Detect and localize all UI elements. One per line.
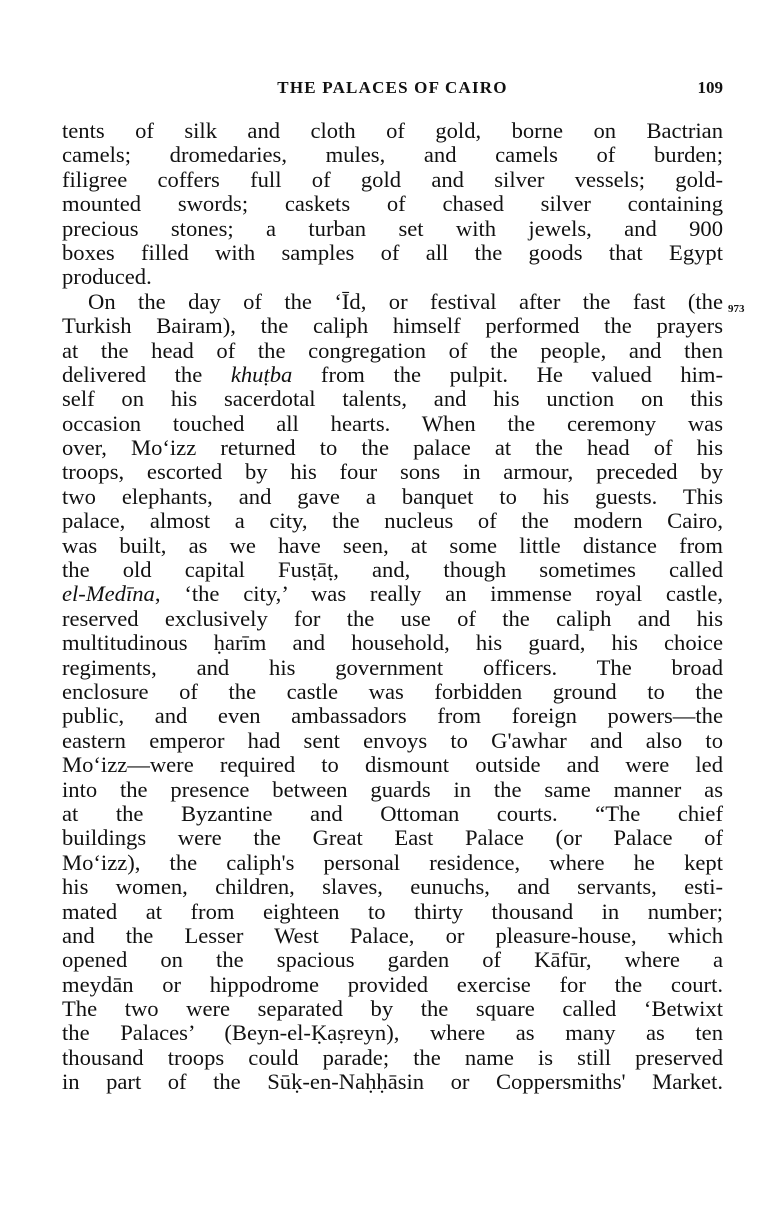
running-title: THE PALACES OF CAIRO bbox=[62, 78, 723, 98]
text-line: public, and even ambassadors from foreig… bbox=[62, 704, 723, 728]
body-text: tents of silk and cloth of gold, borne o… bbox=[62, 119, 723, 1095]
text-line: tents of silk and cloth of gold, borne o… bbox=[62, 119, 723, 143]
text-line: The two were separated by the square cal… bbox=[62, 997, 723, 1021]
italic-term-el-medina: el-Medīna bbox=[62, 581, 155, 606]
text-line: occasion touched all hearts. When the ce… bbox=[62, 412, 723, 436]
text-line: into the presence between guards in the … bbox=[62, 778, 723, 802]
page-number: 109 bbox=[698, 78, 724, 98]
text-line: regiments, and his government officers. … bbox=[62, 656, 723, 680]
text-line: the Palaces’ (Beyn-el-Ḳaṣreyn), where as… bbox=[62, 1021, 723, 1045]
text-line: filigree coffers full of gold and silver… bbox=[62, 168, 723, 192]
text-line: Turkish Bairam), the caliph himself perf… bbox=[62, 314, 723, 338]
text-line: the old capital Fusṭāṭ, and, though some… bbox=[62, 558, 723, 582]
text-line: palace, almost a city, the nucleus of th… bbox=[62, 509, 723, 533]
text-line: at the Byzantine and Ottoman courts. “Th… bbox=[62, 802, 723, 826]
text-line: multitudinous ḥarīm and household, his g… bbox=[62, 631, 723, 655]
paragraph-start-line: On the day of the ‘Īd, or festival after… bbox=[62, 290, 723, 314]
text-line: was built, as we have seen, at some litt… bbox=[62, 534, 723, 558]
book-page: THE PALACES OF CAIRO 109 973 tents of si… bbox=[0, 0, 780, 1226]
text-line: precious stones; a turban set with jewel… bbox=[62, 217, 723, 241]
text-line: enclosure of the castle was forbidden gr… bbox=[62, 680, 723, 704]
text-line-with-italic: delivered the khuṭba from the pulpit. He… bbox=[62, 363, 723, 387]
text-line: meydān or hippodrome provided exercise f… bbox=[62, 973, 723, 997]
text-line: his women, children, slaves, eunuchs, an… bbox=[62, 875, 723, 899]
text-segment: from the pulpit. He valued him- bbox=[292, 362, 723, 387]
text-line: self on his sacerdotal talents, and his … bbox=[62, 387, 723, 411]
text-line: troops, escorted by his four sons in arm… bbox=[62, 460, 723, 484]
text-line: in part of the Sūḳ-en-Naḥḥāsin or Copper… bbox=[62, 1070, 723, 1094]
text-line: two elephants, and gave a banquet to his… bbox=[62, 485, 723, 509]
text-segment: delivered the bbox=[62, 362, 231, 387]
text-line: reserved exclusively for the use of the … bbox=[62, 607, 723, 631]
text-segment: , ‘the city,’ was really an immense roya… bbox=[155, 581, 723, 606]
text-line-with-italic: el-Medīna, ‘the city,’ was really an imm… bbox=[62, 582, 723, 606]
text-line: opened on the spacious garden of Kāfūr, … bbox=[62, 948, 723, 972]
italic-term-khutba: khuṭba bbox=[231, 362, 293, 387]
running-head: THE PALACES OF CAIRO 109 bbox=[62, 76, 723, 102]
text-line: boxes filled with samples of all the goo… bbox=[62, 241, 723, 265]
text-line: Mo‘izz—were required to dismount outside… bbox=[62, 753, 723, 777]
text-line: thousand troops could parade; the name i… bbox=[62, 1046, 723, 1070]
text-line: buildings were the Great East Palace (or… bbox=[62, 826, 723, 850]
text-line: at the head of the congregation of the p… bbox=[62, 339, 723, 363]
text-line: over, Mo‘izz returned to the palace at t… bbox=[62, 436, 723, 460]
text-line: eastern emperor had sent envoys to G'awh… bbox=[62, 729, 723, 753]
text-line: mounted swords; caskets of chased silver… bbox=[62, 192, 723, 216]
text-line: camels; dromedaries, mules, and camels o… bbox=[62, 143, 723, 167]
text-line: and the Lesser West Palace, or pleasure-… bbox=[62, 924, 723, 948]
text-line: mated at from eighteen to thirty thousan… bbox=[62, 900, 723, 924]
text-line: Mo‘izz), the caliph's personal residence… bbox=[62, 851, 723, 875]
paragraph-end-line: produced. bbox=[62, 265, 723, 289]
margin-date-note: 973 bbox=[728, 303, 745, 315]
